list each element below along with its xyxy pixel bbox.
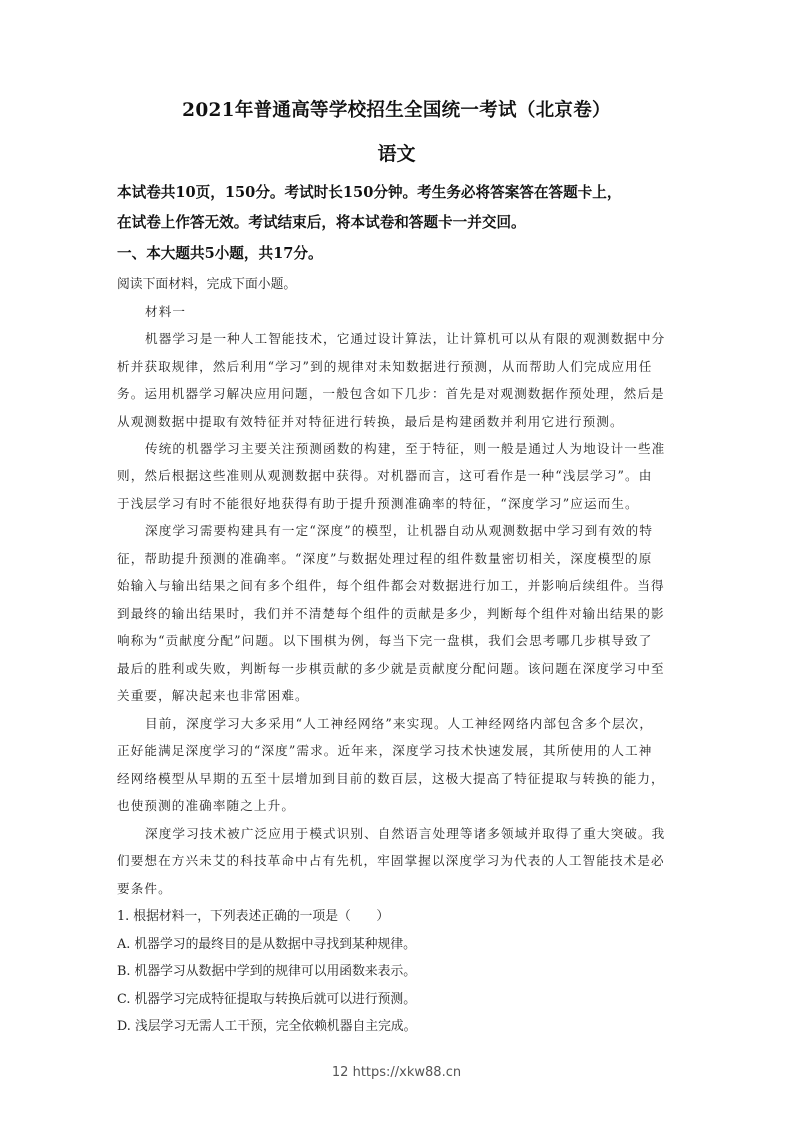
paragraph-line: 关重要，解决起来也非常困难。 [117, 685, 309, 704]
section-heading: 一、本大题共5小题，共17分。 [117, 242, 323, 263]
paragraph-line: 们要想在方兴未艾的科技革命中占有先机，牢固掌握以深度学习为代表的人工智能技术是必 [117, 850, 665, 869]
paragraph-line: 于浅层学习有时不能很好地获得有助于提升预测准确率的特征，“深度学习”应运而生。 [117, 493, 639, 512]
paragraph-line: 征，帮助提升预测的准确率。“深度”与数据处理过程的组件数量密切相关，深度模型的原 [117, 548, 652, 567]
reading-prompt: 阅读下面材料，完成下面小题。 [117, 273, 296, 292]
option-b: B. 机器学习从数据中学到的规律可以用函数来表示。 [117, 960, 416, 979]
exam-title: 2021年普通高等学校招生全国统一考试（北京卷） [0, 96, 793, 122]
material-label: 材料一 [145, 301, 186, 320]
paragraph-line: 正好能满足深度学习的“深度”需求。近年来，深度学习技术快速发展，其所使用的人工神 [117, 740, 652, 759]
paragraph-line: 目前，深度学习大多采用“人工神经网络”来实现。人工神经网络内部包含多个层次， [145, 713, 653, 732]
paragraph-line: 经网络模型从早期的五至十层增加到目前的数百层，这极大提高了特征提取与转换的能力， [117, 768, 665, 787]
paragraph-line: 务。运用机器学习解决应用问题，一般包含如下几步：首先是对观测数据作预处理，然后是 [117, 383, 665, 402]
subject-title: 语文 [0, 139, 793, 166]
option-c: C. 机器学习完成特征提取与转换后就可以进行预测。 [117, 988, 416, 1007]
paragraph-line: 析并获取规律，然后利用“学习”到的规律对未知数据进行预测，从而帮助人们完成应用任 [117, 356, 652, 375]
paragraph-line: 从观测数据中提取有效特征并对特征进行转换，最后是构建函数并利用它进行预测。 [117, 411, 624, 430]
paragraph-line: 则，然后根据这些准则从观测数据中获得。对机器而言，这可看作是一种“浅层学习”。由 [117, 465, 652, 484]
paragraph-line: 也使预测的准确率随之上升。 [117, 795, 295, 814]
paragraph-line: 深度学习需要构建具有一定“深度”的模型，让机器自动从观测数据中学习到有效的特 [145, 520, 653, 539]
paragraph-line: 始输入与输出结果之间有多个组件，每个组件都会对数据进行加工，并影响后续组件。当得 [117, 575, 665, 594]
question-stem: 1. 根据材料一，下列表述正确的一项是（ ） [117, 905, 389, 924]
page-footer: 12 https://xkw88.cn [0, 1065, 793, 1080]
paragraph-line: 深度学习技术被广泛应用于模式识别、自然语言处理等诸多领域并取得了重大突破。我 [145, 823, 665, 842]
paragraph-line: 到最终的输出结果时，我们并不清楚每个组件的贡献是多少，判断每个组件对输出结果的影 [117, 603, 665, 622]
exam-page: 2021年普通高等学校招生全国统一考试（北京卷） 语文 本试卷共10页，150分… [0, 0, 793, 1122]
paragraph-line: 要条件。 [117, 878, 172, 897]
option-d: D. 浅层学习无需人工干预，完全依赖机器自主完成。 [117, 1015, 416, 1034]
paragraph-line: 响称为“贡献度分配”问题。以下围棋为例，每当下完一盘棋，我们会思考哪几步棋导致了 [117, 630, 652, 649]
paragraph-line: 机器学习是一种人工智能技术，它通过设计算法，让计算机可以从有限的观测数据中分 [145, 328, 665, 347]
instruction-line: 在试卷上作答无效。考试结束后，将本试卷和答题卡一并交回。 [117, 211, 526, 232]
instruction-line: 本试卷共10页，150分。考试时长150分钟。考生务必将答案答在答题卡上， [117, 181, 621, 202]
option-a: A. 机器学习的最终目的是从数据中寻找到某种规律。 [117, 933, 416, 952]
paragraph-line: 传统的机器学习主要关注预测函数的构建，至于特征，则一般是通过人为地设计一些准 [145, 438, 665, 457]
paragraph-line: 最后的胜利或失败，判断每一步棋贡献的多少就是贡献度分配问题。该问题在深度学习中至 [117, 658, 665, 677]
